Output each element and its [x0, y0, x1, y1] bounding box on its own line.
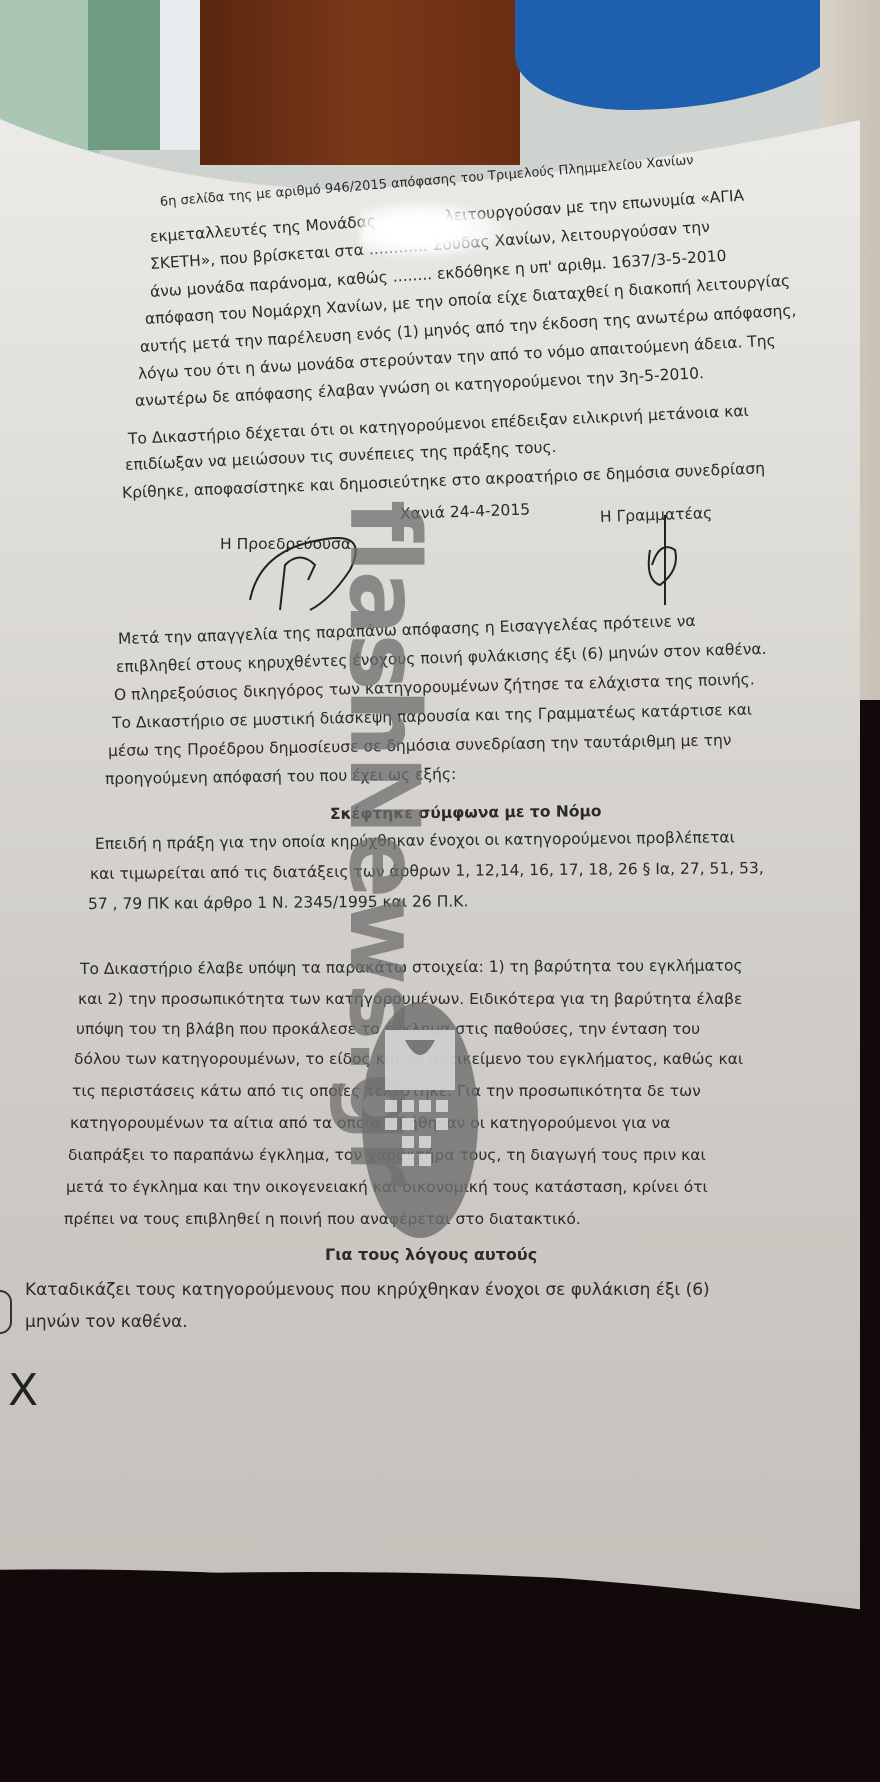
text-line: τις περιστάσεις κάτω από τις οποίες τελέ… — [72, 1082, 808, 1100]
text-line: δόλου των κατηγορουμένων, το είδος και τ… — [74, 1050, 808, 1068]
margin-x-mark: X — [8, 1365, 38, 1416]
place-date: Χανιά 24-4-2015 — [400, 500, 531, 523]
text-line: και τιμωρείται από τις διατάξεις των άρθ… — [90, 859, 805, 883]
text-line: κατηγορουμένων τα αίτια από τα οποία ωθή… — [70, 1114, 808, 1132]
text-line: Επειδή η πράξη για την οποία κηρύχθηκαν … — [95, 828, 805, 853]
text-line: υπόψη του τη βλάβη που προκάλεσε το έγκλ… — [76, 1020, 808, 1038]
text-line: και 2) την προσωπικότητα των κατηγορουμέ… — [78, 990, 808, 1008]
text-line: Καταδικάζει τους κατηγορούμενους που κηρ… — [25, 1280, 845, 1300]
court-document: 6η σελίδα της με αριθμό 946/2015 απόφαση… — [0, 0, 880, 1782]
margin-bracket — [0, 1290, 12, 1334]
text-line: Ο πληρεξούσιος δικηγόρος των κατηγορουμέ… — [114, 669, 804, 704]
text-line: προηγούμενη απόφασή του που έχει ως εξής… — [105, 760, 805, 788]
signature-left — [240, 520, 390, 620]
signature-right — [640, 510, 690, 610]
text-line: μετά το έγκλημα και την οικογενειακή και… — [66, 1178, 808, 1196]
text-line: μέσω της Προέδρου δημοσίευσε σε δημόσια … — [108, 730, 808, 760]
text-line: Το Δικαστήριο σε μυστική διάσκεψη παρουσ… — [112, 699, 807, 732]
heading-considered-law: Σκέφτηκε σύμφωνα με το Νόμο — [330, 802, 602, 823]
text-line: μηνών τον καθένα. — [25, 1312, 188, 1332]
text-line: πρέπει να τους επιβληθεί η ποινή που ανα… — [64, 1210, 764, 1228]
dark-table-surface — [0, 1570, 880, 1782]
redaction-blur — [360, 200, 510, 260]
heading-for-these-reasons: Για τους λόγους αυτούς — [325, 1245, 537, 1264]
text-line: διαπράξει το παραπάνω έγκλημα, τον χαρακ… — [68, 1146, 808, 1164]
text-line: Το Δικαστήριο έλαβε υπόψη τα παρακάτω στ… — [80, 956, 810, 978]
text-line: 57 , 79 ΠΚ και άρθρο 1 Ν. 2345/1995 και … — [88, 890, 788, 913]
